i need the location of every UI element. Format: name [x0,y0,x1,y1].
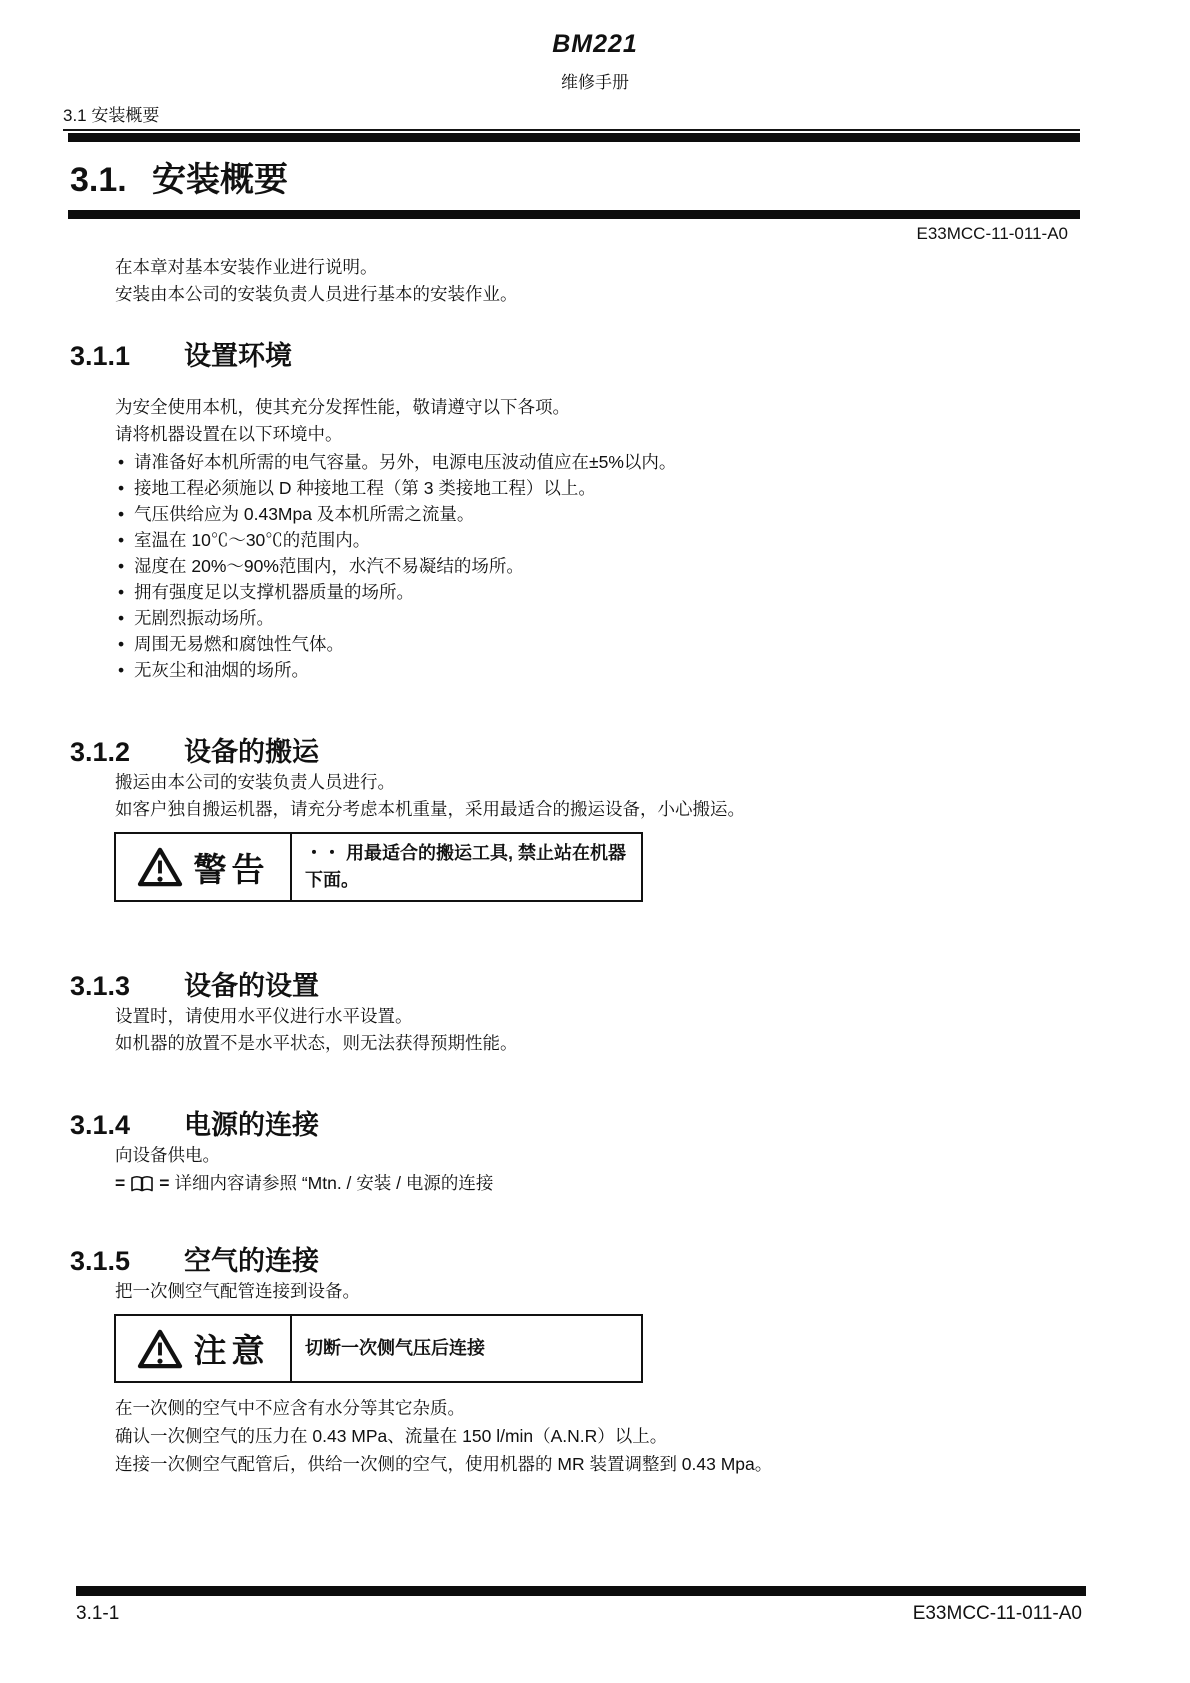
warning-text: ・・ 用最适合的搬运工具, 禁止站在机器下面。 [292,834,641,900]
list-item-text: 无剧烈振动场所。 [134,605,274,631]
ref-prefix: = [115,1170,125,1197]
model-name: BM221 [0,30,1190,59]
list-item-text: 无灰尘和油烟的场所。 [134,657,309,683]
paragraph: 在本章对基本安装作业进行说明。 [115,254,1100,281]
air-paragraphs: 把一次侧空气配管连接到设备。 [0,1278,1190,1305]
bullet-icon: • [118,657,134,683]
running-header: 3.1 安装概要 [63,101,1080,131]
page-footer: 3.1-1 E33MCC-11-011-A0 [76,1603,1082,1625]
air-paragraphs-2: 在一次侧的空气中不应含有水分等其它杂质。确认一次侧空气的压力在 0.43 MPa… [0,1394,1190,1478]
book-icon [130,1175,154,1193]
list-item: • 接地工程必须施以 D 种接地工程（第 3 类接地工程）以上。 [118,475,1110,501]
list-item: • 室温在 10℃～30℃的范围内。 [118,527,1110,553]
env-bullet-list: • 请准备好本机所需的电气容量。另外，电源电压波动值应在±5%以内。 • 接地工… [118,449,1110,683]
intro-paragraphs: 在本章对基本安装作业进行说明。安装由本公司的安装负责人员进行基本的安装作业。 [0,254,1190,308]
paragraph: 向设备供电。 [115,1142,1100,1169]
bullet-icon: • [118,527,134,553]
footer-page-number: 3.1-1 [76,1603,119,1625]
section-number: 3.1.3 [70,971,184,1002]
warning-box-label-cell: 警告 [116,834,292,900]
bullet-icon: • [118,579,134,605]
manual-page: BM221 维修手册 3.1 安装概要 3.1. 安装概要 E33MCC-11-… [0,0,1190,1683]
bullet-icon: • [118,553,134,579]
list-item: • 拥有强度足以支撑机器质量的场所。 [118,579,1110,605]
paragraph: 请将机器设置在以下环境中。 [115,421,1100,448]
bullet-icon: • [118,449,134,475]
paragraph: 把一次侧空气配管连接到设备。 [115,1278,1100,1305]
paragraph: 搬运由本公司的安装负责人员进行。 [115,769,1100,796]
env-paragraphs: 为安全使用本机，使其充分发挥性能，敬请遵守以下各项。请将机器设置在以下环境中。 [0,394,1190,448]
section-title-3-1: 3.1. 安装概要 [70,152,1190,201]
list-item: • 无灰尘和油烟的场所。 [118,657,1110,683]
power-paragraphs: 向设备供电。 [0,1142,1190,1169]
section-head-3-1-1: 3.1.1 设置环境 [70,334,1190,373]
caution-box: 注意 切断一次侧气压后连接 [114,1314,643,1383]
paragraph: 如机器的放置不是水平状态，则无法获得预期性能。 [115,1030,1100,1057]
section-title: 空气的连接 [184,1239,319,1278]
caution-label: 注意 [194,1325,270,1372]
paragraph: 如客户独自搬运机器，请充分考虑本机重量，采用最适合的搬运设备，小心搬运。 [115,796,1100,823]
list-item: • 气压供给应为 0.43Mpa 及本机所需之流量。 [118,501,1110,527]
paragraph: 确认一次侧空气的压力在 0.43 MPa、流量在 150 l/min（A.N.R… [115,1422,1100,1450]
list-item: • 湿度在 20%～90%范围内，水汽不易凝结的场所。 [118,553,1110,579]
warning-label: 警告 [194,844,270,891]
section-number: 3.1.5 [70,1246,184,1277]
list-item-text: 请准备好本机所需的电气容量。另外，电源电压波动值应在±5%以内。 [134,449,676,475]
section-title: 设置环境 [184,334,292,373]
caution-text: 切断一次侧气压后连接 [292,1316,641,1381]
bullet-icon: • [118,605,134,631]
section-head-3-1-3: 3.1.3 设备的设置 [70,964,1190,1003]
transport-paragraphs: 搬运由本公司的安装负责人员进行。如客户独自搬运机器，请充分考虑本机重量，采用最适… [0,769,1190,823]
list-item-text: 湿度在 20%～90%范围内，水汽不易凝结的场所。 [134,553,524,579]
document-header: BM221 维修手册 [0,0,1190,93]
bullet-icon: • [118,475,134,501]
placement-paragraphs: 设置时，请使用水平仪进行水平设置。如机器的放置不是水平状态，则无法获得预期性能。 [0,1003,1190,1057]
manual-title: 维修手册 [0,68,1190,93]
section-number: 3.1.1 [70,341,184,372]
paragraph: 安装由本公司的安装负责人员进行基本的安装作业。 [115,281,1100,308]
section-head-3-1-4: 3.1.4 电源的连接 [70,1103,1190,1142]
section-title: 设备的设置 [184,964,319,1003]
caution-triangle-icon [137,1329,183,1369]
doc-code-top: E33MCC-11-011-A0 [0,224,1068,244]
footer-rule [76,1586,1086,1596]
section-title: 设备的搬运 [184,730,319,769]
warning-box: 警告 ・・ 用最适合的搬运工具, 禁止站在机器下面。 [114,832,643,902]
header-rule [68,133,1080,142]
list-item-text: 拥有强度足以支撑机器质量的场所。 [134,579,414,605]
section-number: 3.1.2 [70,737,184,768]
section-head-3-1-5: 3.1.5 空气的连接 [70,1239,1190,1278]
list-item-text: 接地工程必须施以 D 种接地工程（第 3 类接地工程）以上。 [134,475,596,501]
list-item-text: 室温在 10℃～30℃的范围内。 [134,527,370,553]
paragraph: 连接一次侧空气配管后，供给一次侧的空气，使用机器的 MR 装置调整到 0.43 … [115,1450,1100,1478]
section-title: 电源的连接 [184,1103,319,1142]
warning-triangle-icon [137,847,183,887]
ref-text: 详细内容请参照 “Mtn. / 安装 / 电源的连接 [174,1170,493,1197]
section-number: 3.1.4 [70,1110,184,1141]
title-rule [68,210,1080,219]
doc-code-bottom: E33MCC-11-011-A0 [913,1603,1082,1625]
section-title-number: 3.1. [70,161,152,200]
paragraph: 设置时，请使用水平仪进行水平设置。 [115,1003,1100,1030]
list-item: • 无剧烈振动场所。 [118,605,1110,631]
paragraph: 在一次侧的空气中不应含有水分等其它杂质。 [115,1394,1100,1422]
bullet-icon: • [118,631,134,657]
paragraph: 为安全使用本机，使其充分发挥性能，敬请遵守以下各项。 [115,394,1100,421]
ref-suffix: = [159,1170,169,1197]
caution-box-label-cell: 注意 [116,1316,292,1381]
section-title-text: 安装概要 [152,152,288,201]
list-item-text: 周围无易燃和腐蚀性气体。 [134,631,344,657]
list-item: • 周围无易燃和腐蚀性气体。 [118,631,1110,657]
bullet-icon: • [118,501,134,527]
section-head-3-1-2: 3.1.2 设备的搬运 [70,730,1190,769]
list-item-text: 气压供给应为 0.43Mpa 及本机所需之流量。 [134,501,474,527]
manual-reference-line: = = 详细内容请参照 “Mtn. / 安装 / 电源的连接 [115,1170,1190,1197]
list-item: • 请准备好本机所需的电气容量。另外，电源电压波动值应在±5%以内。 [118,449,1110,475]
